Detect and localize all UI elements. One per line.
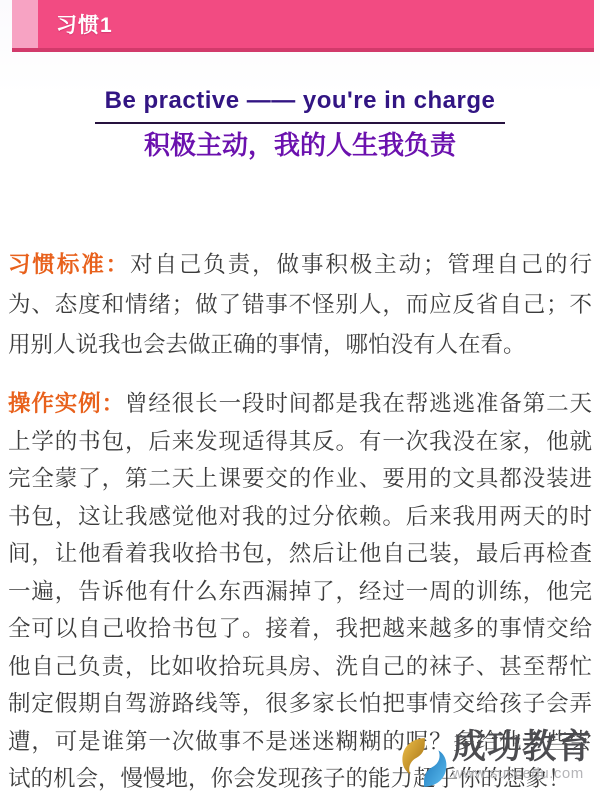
habit-number-title: 习惯1	[56, 9, 113, 39]
succedu-logo-icon	[400, 731, 448, 793]
chinese-subtitle: 积极主动，我的人生我负责	[0, 131, 600, 159]
brand-text-column: 成功教育 www.succedu.com	[452, 729, 592, 782]
header-ribbon: 习惯1	[12, 0, 594, 52]
habit-standard-paragraph: 习惯标准：对自己负责，做事积极主动；管理自己的行为、态度和情绪；做了错事不怪别人…	[8, 245, 592, 365]
habit-standard-label: 习惯标准：	[8, 252, 130, 277]
header-accent-strip	[12, 0, 38, 48]
operation-example-label: 操作实例：	[8, 391, 125, 416]
title-divider	[95, 122, 505, 124]
english-title: Be practive —— you're in charge	[0, 88, 600, 114]
brand-name: 成功教育	[452, 729, 592, 765]
brand-footer: 成功教育 www.succedu.com	[400, 729, 592, 793]
brand-url: www.succedu.com	[452, 766, 592, 782]
